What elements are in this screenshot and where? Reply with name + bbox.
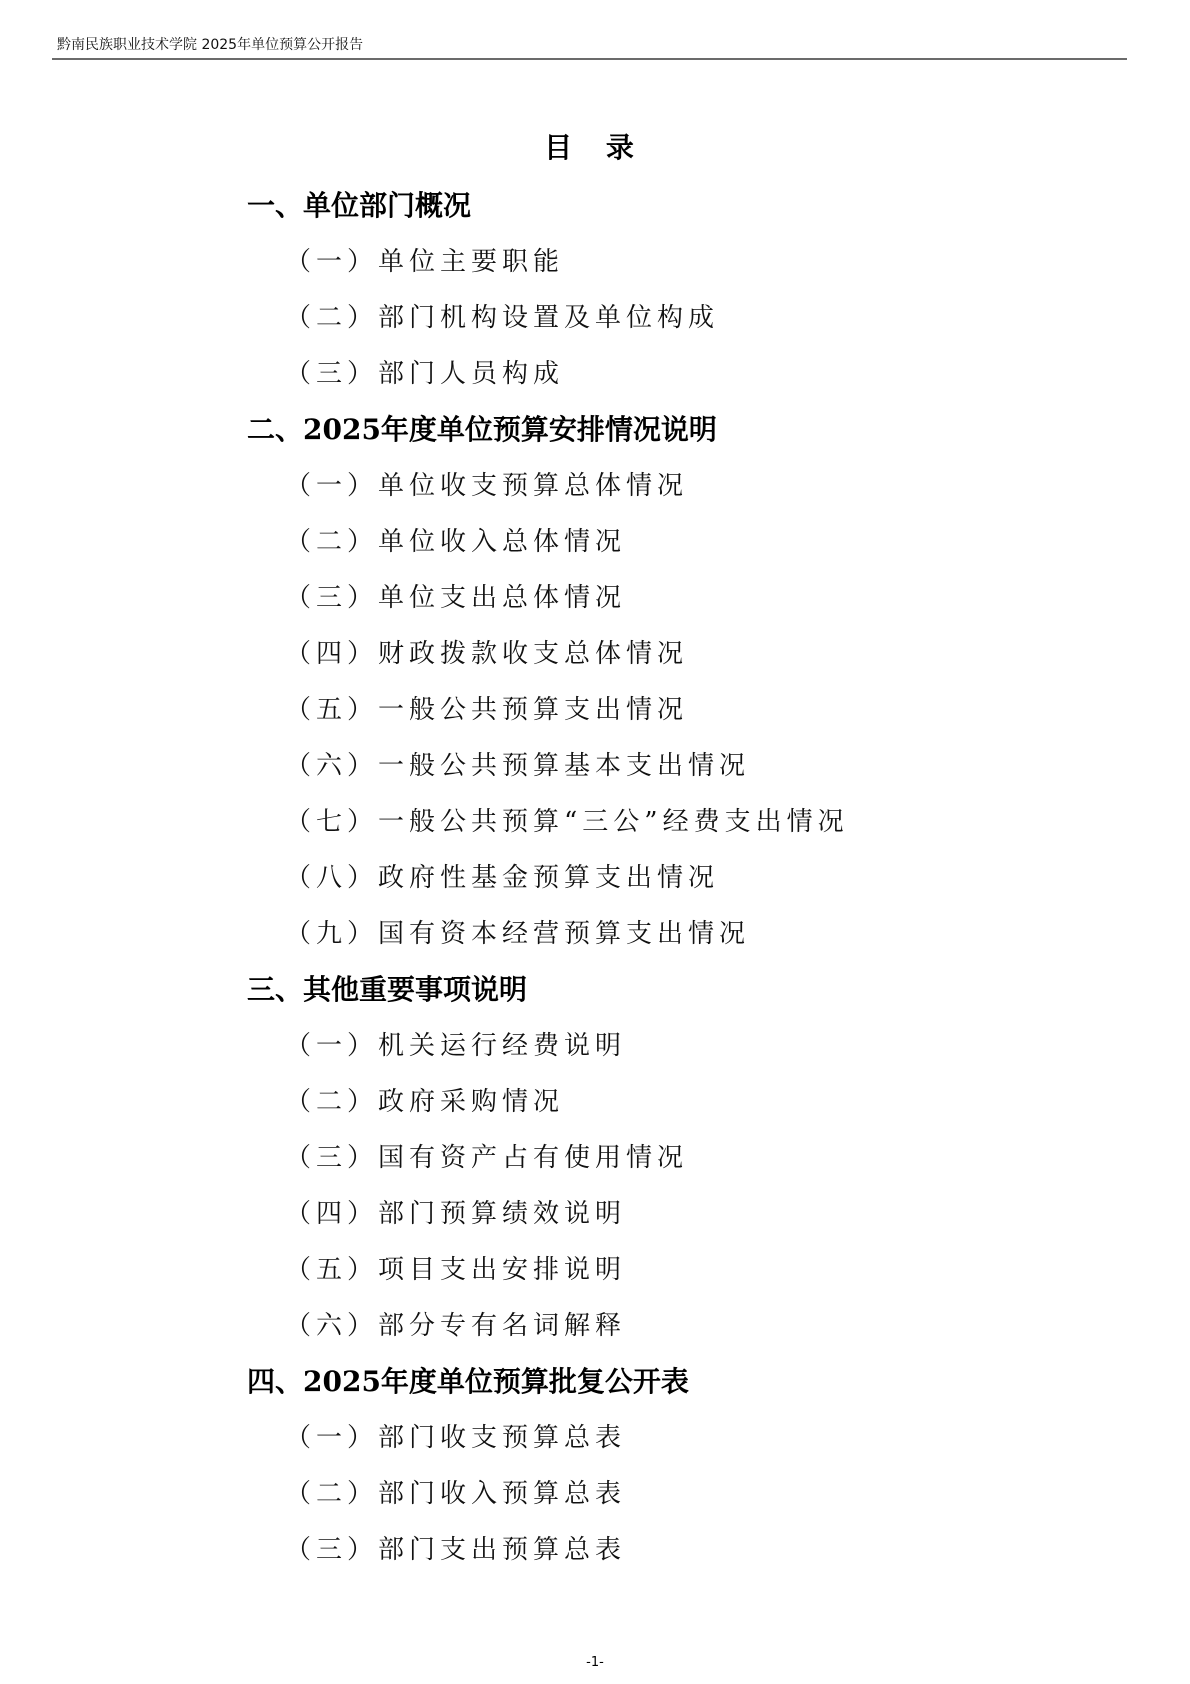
toc-entry[interactable]: （一）部门收支预算总表 <box>247 1410 1047 1466</box>
toc-entry[interactable]: （一）单位收支预算总体情况 <box>247 458 1047 514</box>
toc-entry[interactable]: （一）机关运行经费说明 <box>247 1018 1047 1074</box>
toc-entry[interactable]: （五）项目支出安排说明 <box>247 1242 1047 1298</box>
toc-entry[interactable]: （一）单位主要职能 <box>247 234 1047 290</box>
table-of-contents: 一、单位部门概况 （一）单位主要职能 （二）部门机构设置及单位构成 （三）部门人… <box>247 178 1047 1578</box>
toc-section-4[interactable]: 四、2025年度单位预算批复公开表 <box>247 1354 1047 1410</box>
toc-entry[interactable]: （八）政府性基金预算支出情况 <box>247 850 1047 906</box>
toc-title: 目 录 <box>0 126 1190 166</box>
toc-entry[interactable]: （二）部门机构设置及单位构成 <box>247 290 1047 346</box>
toc-entry[interactable]: （三）部门支出预算总表 <box>247 1522 1047 1578</box>
page-number: -1- <box>0 1655 1190 1670</box>
toc-entry[interactable]: （四）部门预算绩效说明 <box>247 1186 1047 1242</box>
toc-entry[interactable]: （四）财政拨款收支总体情况 <box>247 626 1047 682</box>
toc-entry[interactable]: （二）部门收入预算总表 <box>247 1466 1047 1522</box>
toc-entry[interactable]: （五）一般公共预算支出情况 <box>247 682 1047 738</box>
toc-section-3[interactable]: 三、其他重要事项说明 <box>247 962 1047 1018</box>
toc-entry[interactable]: （三）部门人员构成 <box>247 346 1047 402</box>
toc-entry[interactable]: （三）单位支出总体情况 <box>247 570 1047 626</box>
header-divider <box>52 58 1127 60</box>
toc-entry[interactable]: （六）部分专有名词解释 <box>247 1298 1047 1354</box>
running-header: 黔南民族职业技术学院 2025年单位预算公开报告 <box>57 34 363 54</box>
toc-section-2[interactable]: 二、2025年度单位预算安排情况说明 <box>247 402 1047 458</box>
toc-entry[interactable]: （六）一般公共预算基本支出情况 <box>247 738 1047 794</box>
toc-section-1[interactable]: 一、单位部门概况 <box>247 178 1047 234</box>
toc-entry[interactable]: （二）政府采购情况 <box>247 1074 1047 1130</box>
toc-entry[interactable]: （二）单位收入总体情况 <box>247 514 1047 570</box>
toc-entry[interactable]: （三）国有资产占有使用情况 <box>247 1130 1047 1186</box>
toc-entry[interactable]: （七）一般公共预算“三公”经费支出情况 <box>247 794 1047 850</box>
toc-entry[interactable]: （九）国有资本经营预算支出情况 <box>247 906 1047 962</box>
